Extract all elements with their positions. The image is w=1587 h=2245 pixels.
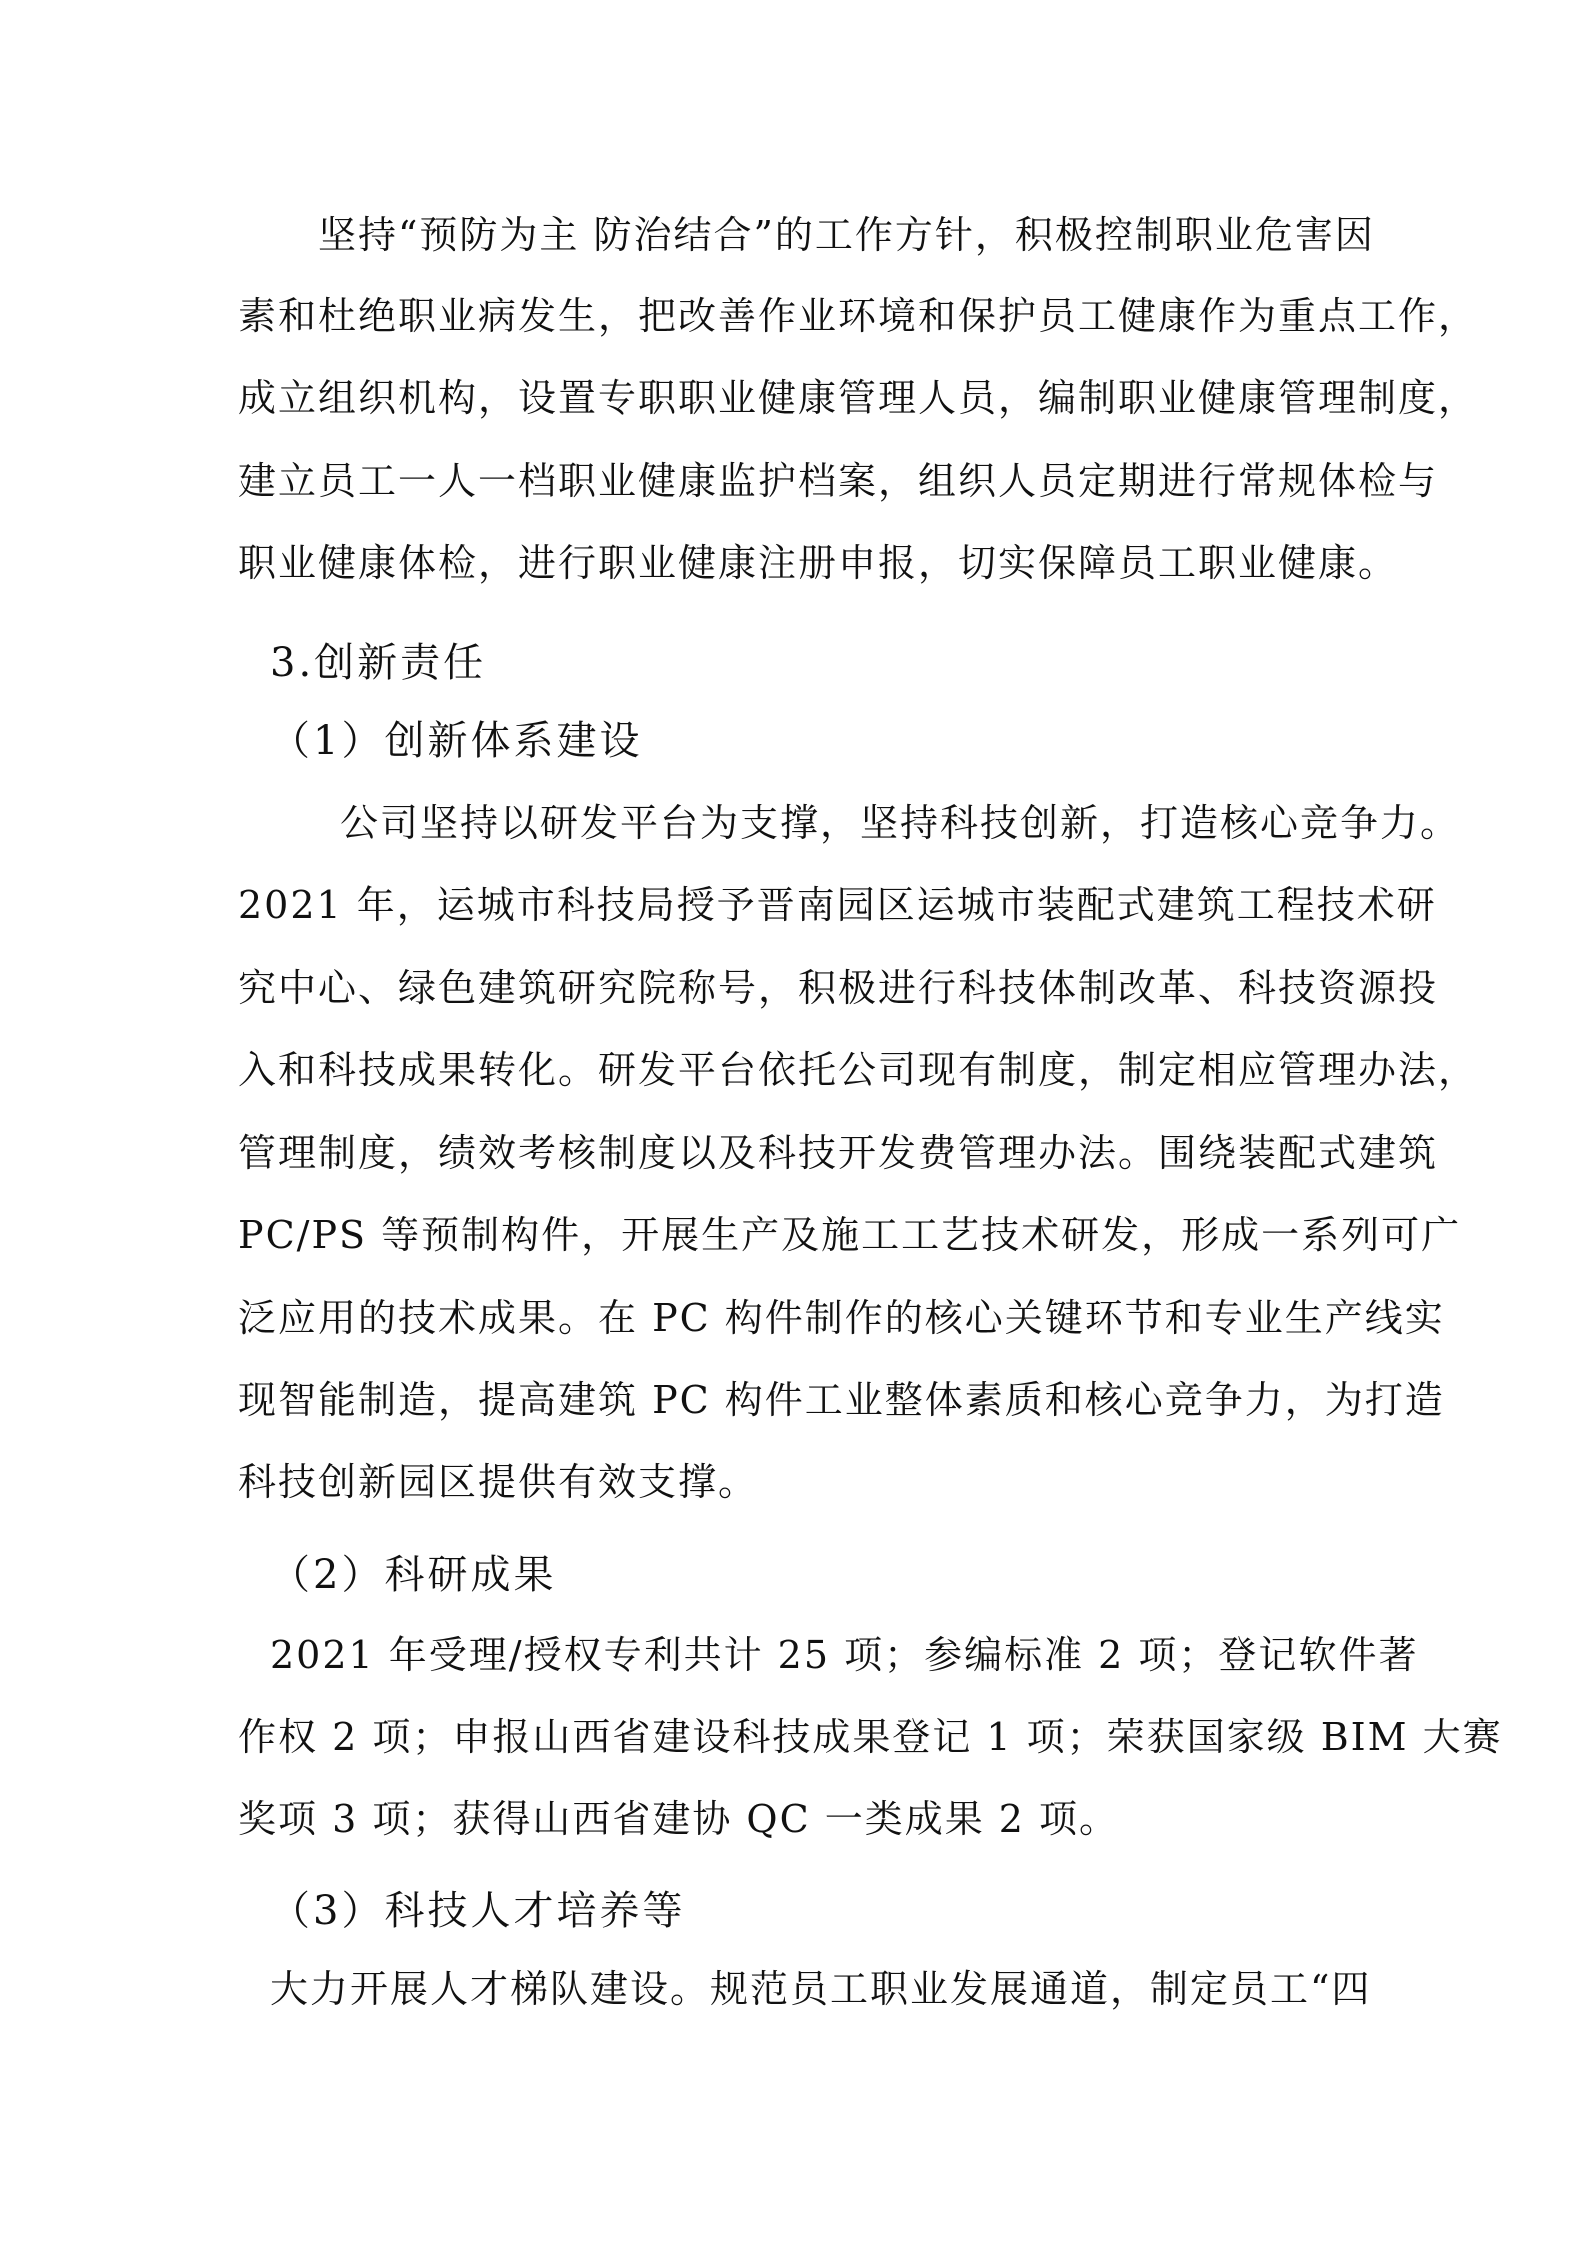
paragraph-line: 素和杜绝职业病发生，把改善作业环境和保护员工健康作为重点工作， bbox=[238, 293, 1358, 339]
paragraph-line: 入和科技成果转化。研发平台依托公司现有制度，制定相应管理办法， bbox=[238, 1047, 1358, 1093]
paragraph-line: PC/PS 等预制构件，开展生产及施工工艺技术研发，形成一系列可广 bbox=[238, 1212, 1358, 1258]
subheading-research-results: （2）科研成果 bbox=[270, 1552, 1390, 1598]
paragraph-line: 管理制度，绩效考核制度以及科技开发费管理办法。围绕装配式建筑 bbox=[238, 1130, 1358, 1176]
document-page: 坚持“预防为主 防治结合”的工作方针，积极控制职业危害因 素和杜绝职业病发生，把… bbox=[0, 0, 1587, 2245]
paragraph-line: 建立员工一人一档职业健康监护档案，组织人员定期进行常规体检与 bbox=[238, 458, 1358, 504]
paragraph-line: 公司坚持以研发平台为支撑，坚持科技创新，打造核心竞争力。 bbox=[340, 800, 1460, 846]
paragraph-line: 成立组织机构，设置专职职业健康管理人员，编制职业健康管理制度， bbox=[238, 375, 1358, 421]
paragraph-line: 2021 年受理/授权专利共计 25 项；参编标准 2 项；登记软件著 bbox=[270, 1632, 1390, 1678]
paragraph-line: 科技创新园区提供有效支撑。 bbox=[238, 1459, 1358, 1505]
paragraph-line: 现智能制造，提高建筑 PC 构件工业整体素质和核心竞争力，为打造 bbox=[238, 1377, 1358, 1423]
paragraph-line: 2021 年，运城市科技局授予晋南园区运城市装配式建筑工程技术研 bbox=[238, 882, 1358, 928]
paragraph-line: 作权 2 项；申报山西省建设科技成果登记 1 项；荣获国家级 BIM 大赛 bbox=[238, 1714, 1358, 1760]
paragraph-line: 究中心、绿色建筑研究院称号，积极进行科技体制改革、科技资源投 bbox=[238, 965, 1358, 1011]
paragraph-line: 泛应用的技术成果。在 PC 构件制作的核心关键环节和专业生产线实 bbox=[238, 1295, 1358, 1341]
subheading-innovation-system: （1）创新体系建设 bbox=[270, 718, 1390, 764]
paragraph-line: 坚持“预防为主 防治结合”的工作方针，积极控制职业危害因 bbox=[318, 212, 1438, 258]
paragraph-line: 大力开展人才梯队建设。规范员工职业发展通道，制定员工“四 bbox=[270, 1966, 1390, 2012]
subheading-talent-training: （3）科技人才培养等 bbox=[270, 1888, 1390, 1934]
section-heading: 3.创新责任 bbox=[270, 640, 1390, 686]
paragraph-line: 职业健康体检，进行职业健康注册申报，切实保障员工职业健康。 bbox=[238, 540, 1358, 586]
paragraph-line: 奖项 3 项；获得山西省建协 QC 一类成果 2 项。 bbox=[238, 1796, 1358, 1842]
